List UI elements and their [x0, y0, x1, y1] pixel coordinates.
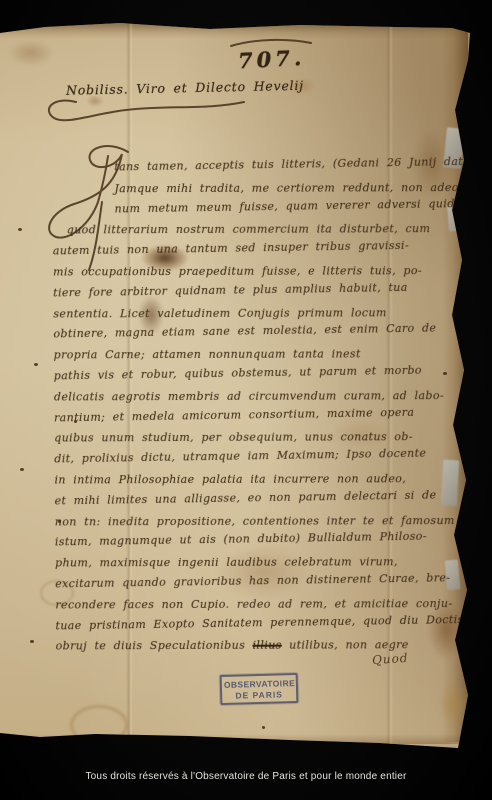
ink-speck	[262, 726, 265, 729]
scanned-letter-page: 707. Nobiliss. Viro et Dilecto Hevelij t…	[0, 0, 492, 800]
salutation-flourish-stroke	[40, 92, 250, 128]
ink-speck	[20, 468, 24, 471]
folio-number: 707.	[237, 44, 328, 74]
manuscript-paper: 707. Nobiliss. Viro et Dilecto Hevelij t…	[0, 0, 492, 800]
line-text: utilibus, non aegre	[282, 639, 409, 652]
stamp-line-1: OBSERVATOIRE	[224, 678, 294, 690]
strikethrough-word: illius	[253, 639, 282, 652]
line-text: obruj te diuis Speculationibus	[56, 639, 253, 653]
stamp-line-2: DE PARIS	[224, 689, 294, 701]
letter-body: tans tamen, acceptis tuis litteris, (Ged…	[52, 159, 469, 661]
ring-stain	[70, 705, 128, 745]
copyright-caption: Tous droits réservés à l'Observatoire de…	[0, 771, 492, 782]
ink-speck	[30, 640, 34, 643]
paper-edge-bottom	[0, 734, 468, 744]
ink-speck	[34, 363, 38, 366]
archive-stamp: OBSERVATOIRE DE PARIS	[220, 673, 299, 705]
paper-stain	[8, 40, 54, 66]
ink-speck	[18, 228, 22, 231]
catchword: Quod	[372, 651, 409, 668]
